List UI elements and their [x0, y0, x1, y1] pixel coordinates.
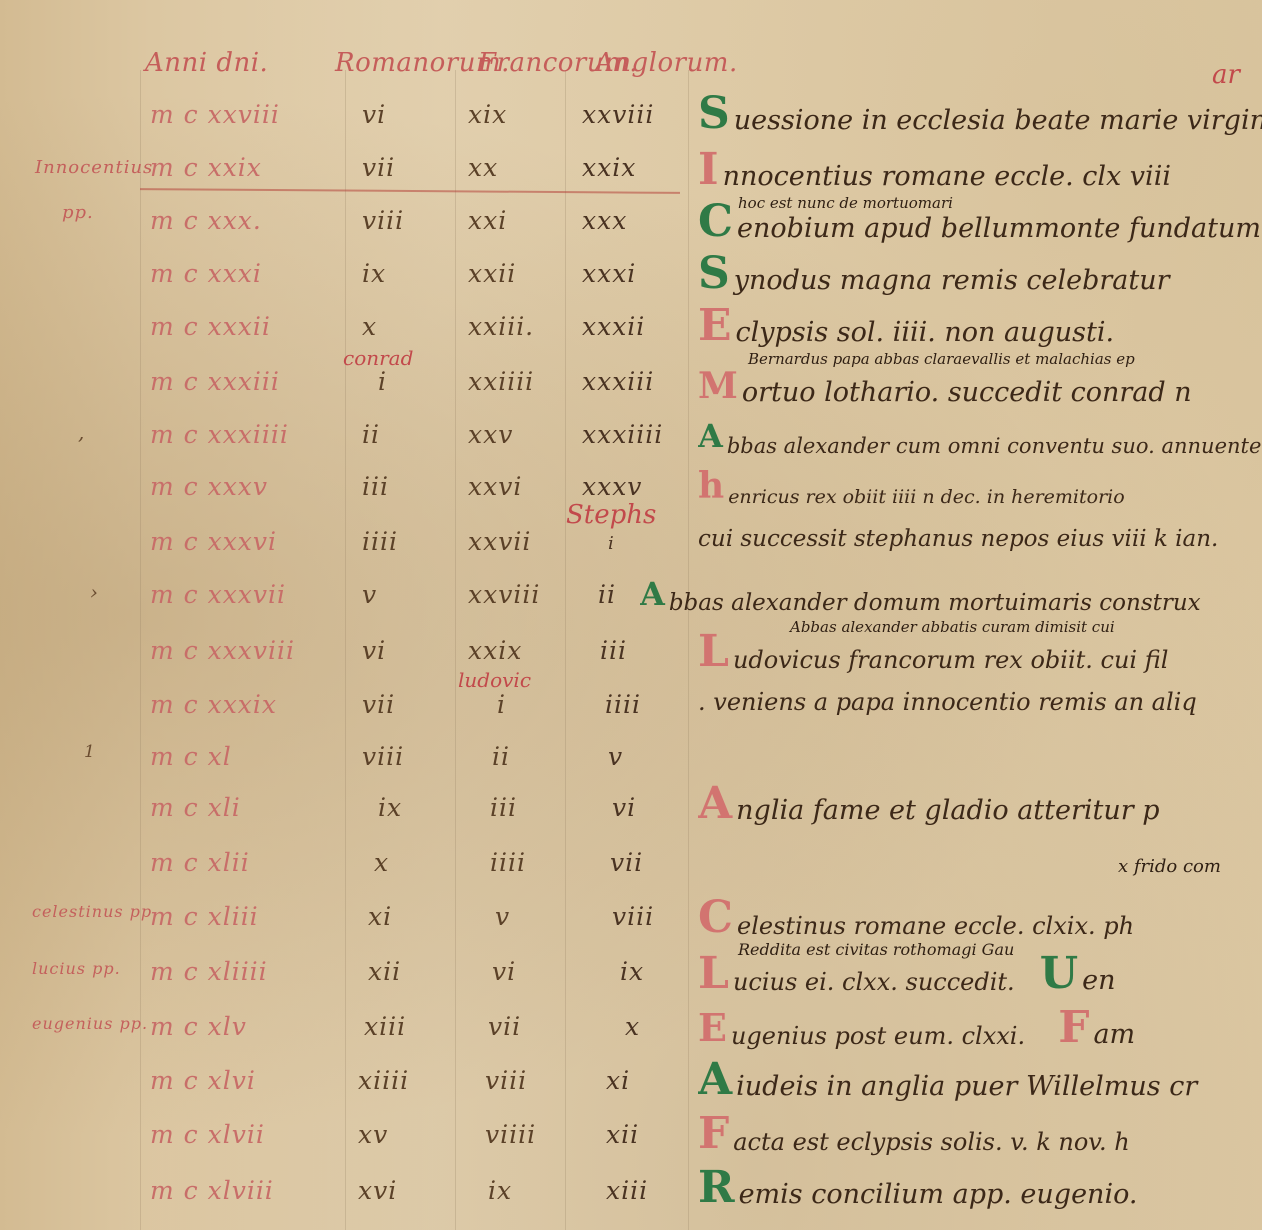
year-cell: m c xliiii	[150, 957, 268, 986]
initial-letter: R	[698, 1166, 735, 1210]
francorum-cell: ix	[488, 1176, 512, 1205]
anglorum-cell: viii	[612, 902, 654, 931]
anglorum-cell: x	[625, 1012, 640, 1041]
romanorum-cell: v	[362, 580, 377, 609]
year-cell: m c xlvi	[150, 1066, 256, 1095]
annal-text: bbas alexander domum mortuimaris constru…	[669, 590, 1201, 616]
annal-line: Innocentius romane eccle. clx viii	[698, 148, 1262, 192]
year-cell: m c xxxviii	[150, 636, 295, 665]
francorum-cell: xxii	[468, 259, 516, 288]
corner-red-mark: ar	[1212, 60, 1240, 90]
francorum-cell: xxvi	[468, 472, 522, 501]
romanorum-cell: vii	[362, 153, 395, 182]
annal-text: uessione in ecclesia beate marie virgini…	[734, 105, 1262, 136]
annal-line: cui successit stephanus nepos eius viii …	[698, 526, 1262, 552]
romanorum-cell: vi	[362, 636, 386, 665]
annal-text: ugenius post eum. clxxi.	[731, 1022, 1025, 1050]
francorum-cell: xxix	[468, 636, 522, 665]
margin-tick: ,	[78, 420, 85, 444]
annal-text: ortuo lothario. succedit conrad n	[742, 377, 1192, 408]
annal-text: iudeis in anglia puer Willelmus cr	[736, 1071, 1197, 1102]
anglorum-cell: xxxi	[582, 259, 636, 288]
romanorum-cell: ii	[362, 420, 380, 449]
anglorum-cell: vi	[612, 793, 636, 822]
manuscript-page: Anni dni. Romanorum. Francorum. Anglorum…	[0, 0, 1262, 1230]
initial-letter: A	[698, 414, 723, 458]
anglorum-cell: iiii	[605, 690, 641, 719]
annal-line: Eclypsis sol. iiii. non augusti.	[698, 304, 1262, 348]
margin-note: eugenius pp.	[32, 1014, 148, 1033]
annal-text: emis concilium app. eugenio.	[739, 1179, 1138, 1210]
annal-line: Celestinus romane eccle. clxix. ph	[698, 896, 1262, 940]
initial-letter: C	[698, 200, 733, 244]
annal-text: cui successit stephanus nepos eius viii …	[698, 526, 1218, 552]
romanorum-cell: vi	[362, 100, 386, 129]
annal-line: Abbas alexander domum mortuimaris constr…	[640, 572, 1262, 616]
initial-letter: U	[1040, 952, 1078, 996]
year-cell: m c xxx.	[150, 206, 262, 235]
annal-text: bbas alexander cum omni conventu suo. an…	[727, 434, 1262, 458]
romanorum-cell: xvi	[358, 1176, 397, 1205]
year-cell: m c xxxix	[150, 690, 277, 719]
francorum-cell: xxi	[468, 206, 507, 235]
francorum-cell: xxiii.	[468, 312, 534, 341]
annal-line: Eugenius post eum. clxxi. Fam	[698, 1006, 1262, 1050]
header-anni-domini: Anni dni.	[145, 48, 268, 78]
red-note-stephanus: Stephs	[566, 500, 656, 530]
romanorum-cell: xiii	[364, 1012, 406, 1041]
initial-letter: L	[698, 952, 729, 996]
margin-tick: ›	[90, 580, 99, 604]
year-cell: m c xxxvi	[150, 527, 277, 556]
romanorum-cell: iiii	[362, 527, 398, 556]
francorum-cell: vii	[488, 1012, 521, 1041]
annal-line: Facta est eclypsis solis. v. k nov. h	[698, 1112, 1262, 1156]
year-cell: m c xliii	[150, 902, 259, 931]
anglorum-cell: iii	[600, 636, 627, 665]
initial-letter: I	[698, 148, 719, 192]
initial-letter: S	[698, 92, 730, 136]
annal-text: ynodus magna remis celebratur	[734, 265, 1170, 296]
year-cell: m c xxix	[150, 153, 262, 182]
initial-letter: A	[640, 572, 665, 616]
initial-letter: E	[698, 1006, 727, 1050]
francorum-cell: viii	[485, 1066, 527, 1095]
annal-text: . veniens a papa innocentio remis an ali…	[698, 688, 1197, 716]
initial-letter: L	[698, 630, 729, 674]
anglorum-cell: xiii	[606, 1176, 648, 1205]
anglorum-cell: xii	[606, 1120, 639, 1149]
romanorum-cell: xi	[368, 902, 392, 931]
annal-text: clypsis sol. iiii. non augusti.	[736, 317, 1115, 348]
romanorum-cell: ix	[362, 259, 386, 288]
initial-letter: M	[698, 364, 738, 408]
romanorum-cell: viii	[362, 742, 404, 771]
year-cell: m c xxxv	[150, 472, 268, 501]
annal-line: Abbas alexander cum omni conventu suo. a…	[698, 414, 1262, 458]
header-anglorum: Anglorum.	[595, 48, 738, 78]
annal-line: Synodus magna remis celebratur	[698, 252, 1262, 296]
table-row: m c xlii x iiii vii	[0, 848, 1262, 902]
francorum-cell: iiii	[490, 848, 526, 877]
annal-line: henricus rex obiit iiii n dec. in heremi…	[698, 464, 1262, 508]
initial-letter: F	[1058, 1006, 1089, 1050]
romanorum-cell: x	[362, 312, 377, 341]
margin-note: pp.	[62, 202, 94, 223]
romanorum-cell: x	[374, 848, 389, 877]
francorum-cell: ii	[492, 742, 510, 771]
year-cell: m c xxviii	[150, 100, 280, 129]
romanorum-cell: xii	[368, 957, 401, 986]
year-cell: m c xlviii	[150, 1176, 274, 1205]
francorum-cell: viiii	[485, 1120, 536, 1149]
romanorum-cell: xv	[358, 1120, 388, 1149]
initial-letter: A	[698, 1058, 732, 1102]
francorum-cell: xxviii	[468, 580, 540, 609]
annal-text: enricus rex obiit iiii n dec. in heremit…	[728, 486, 1125, 508]
annal-text: ucius ei. clxx. succedit.	[733, 968, 1015, 996]
year-cell: m c xxxii	[150, 312, 271, 341]
annal-line: . veniens a papa innocentio remis an ali…	[698, 688, 1262, 716]
year-cell: m c xxxvii	[150, 580, 286, 609]
romanorum-cell: viii	[362, 206, 404, 235]
romanorum-cell: iii	[362, 472, 389, 501]
initial-letter: S	[698, 252, 730, 296]
annal-text: udovicus francorum rex obiit. cui fil	[733, 646, 1168, 674]
annal-line: Remis concilium app. eugenio.	[698, 1166, 1262, 1210]
francorum-cell: xxv	[468, 420, 513, 449]
anglorum-cell: i	[608, 533, 615, 554]
anglorum-cell: xi	[606, 1066, 630, 1095]
romanorum-cell: xiiii	[358, 1066, 409, 1095]
year-cell: m c xxxi	[150, 259, 262, 288]
anglorum-cell: xxxv	[582, 472, 642, 501]
francorum-cell: xix	[468, 100, 507, 129]
year-cell: m c xl	[150, 742, 232, 771]
anglorum-cell: ii	[598, 580, 616, 609]
francorum-cell: xxiiii	[468, 367, 534, 396]
year-cell: m c xxxiiii	[150, 420, 289, 449]
annal-text: nglia fame et gladio atteritur p	[736, 795, 1159, 826]
romanorum-cell: i	[378, 367, 387, 396]
anglorum-cell: xxxii	[582, 312, 645, 341]
francorum-cell: i	[497, 690, 506, 719]
anglorum-cell: vii	[610, 848, 643, 877]
margin-number: 1	[84, 742, 96, 762]
anglorum-cell: xxxiiii	[582, 420, 663, 449]
year-cell: m c xxxiii	[150, 367, 280, 396]
initial-letter: E	[698, 304, 732, 348]
margin-note: celestinus pp.	[32, 902, 158, 921]
year-cell: m c xlii	[150, 848, 250, 877]
annal-line: Aiudeis in anglia puer Willelmus cr	[698, 1058, 1262, 1102]
anglorum-cell: xxx	[582, 206, 627, 235]
anglorum-cell: xxix	[582, 153, 636, 182]
francorum-cell: vi	[492, 957, 516, 986]
margin-note: Innocentius	[35, 157, 153, 178]
romanorum-cell: ix	[378, 793, 402, 822]
annal-line: Mortuo lothario. succedit conrad n	[698, 364, 1262, 408]
anglorum-cell: ix	[620, 957, 644, 986]
annal-text: enobium apud bellummonte fundatum est su…	[737, 213, 1262, 244]
initial-letter: F	[698, 1112, 729, 1156]
year-cell: m c xli	[150, 793, 241, 822]
annal-line: Ludovicus francorum rex obiit. cui fil	[698, 630, 1262, 674]
annal-text: acta est eclypsis solis. v. k nov. h	[733, 1128, 1129, 1156]
year-cell: m c xlv	[150, 1012, 247, 1041]
anglorum-cell: xxviii	[582, 100, 654, 129]
annal-text: nnocentius romane eccle. clx viii	[723, 161, 1171, 192]
anglorum-cell: xxxiii	[582, 367, 654, 396]
annal-text: am	[1093, 1019, 1135, 1050]
margin-note: lucius pp.	[32, 959, 121, 978]
anglorum-cell: v	[608, 742, 623, 771]
initial-letter: A	[698, 782, 732, 826]
romanorum-cell: vii	[362, 690, 395, 719]
interlinear-gloss: x frido com	[1118, 856, 1221, 877]
red-note-ludovicus: ludovic	[458, 668, 531, 692]
francorum-cell: v	[495, 902, 510, 931]
initial-letter: C	[698, 896, 733, 940]
francorum-cell: xxvii	[468, 527, 531, 556]
annal-line: Cenobium apud bellummonte fundatum est s…	[698, 200, 1262, 244]
annal-line: Anglia fame et gladio atteritur p	[698, 782, 1262, 826]
francorum-cell: xx	[468, 153, 498, 182]
annal-line: Suessione in ecclesia beate marie virgin…	[698, 92, 1262, 136]
francorum-cell: iii	[490, 793, 517, 822]
annal-text: en	[1082, 965, 1115, 996]
annal-text: elestinus romane eccle. clxix. ph	[737, 912, 1134, 940]
initial-letter: h	[698, 464, 724, 508]
year-cell: m c xlvii	[150, 1120, 265, 1149]
annal-line: Lucius ei. clxx. succedit. Uen	[698, 952, 1262, 996]
